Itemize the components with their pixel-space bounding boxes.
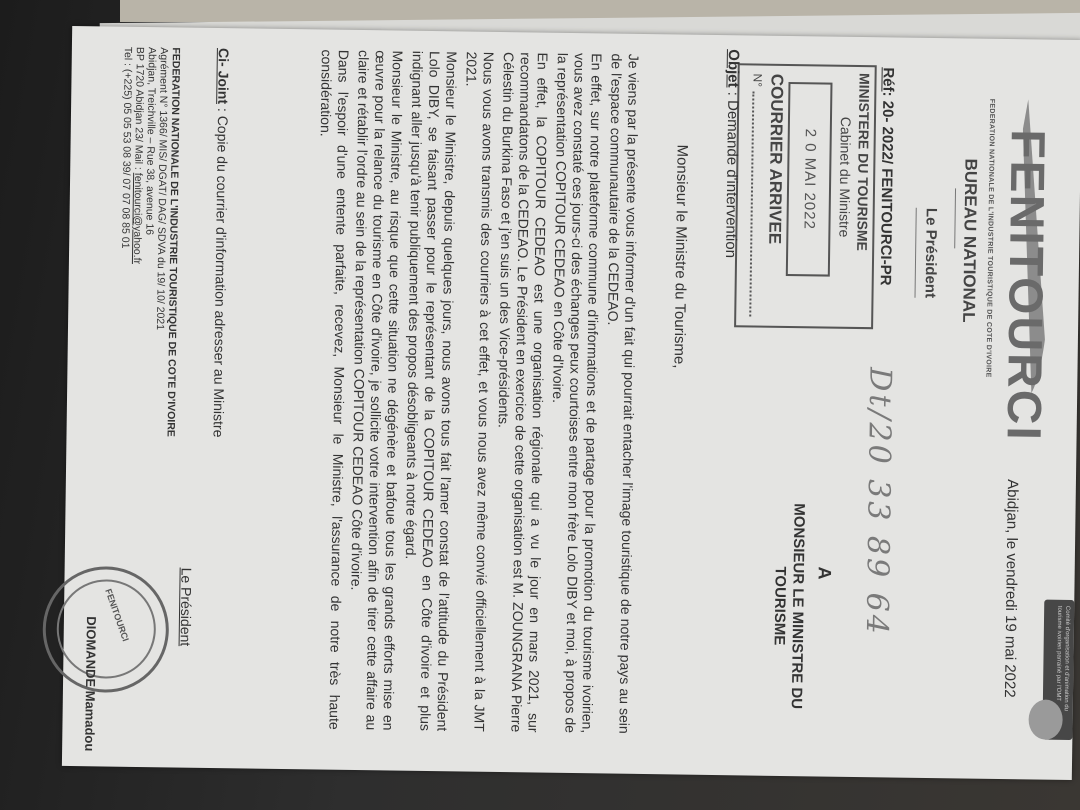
stamp-date: 2 0 MAI 2022 bbox=[786, 82, 833, 277]
subject-value: : Demande d'intervention bbox=[722, 87, 741, 258]
footer-bp: BP 1720 Abidjan 23/ Mail : bbox=[132, 47, 146, 173]
enclosure-value: : Copie du courrier d'information adress… bbox=[210, 104, 231, 438]
stamp-title: COURRIER ARRIVEE bbox=[764, 74, 786, 245]
document-photo: FENITOURCI FEDERATION NATIONALE DE L'IND… bbox=[52, 8, 1080, 798]
paragraph: Je viens par la présente vous informer d… bbox=[598, 53, 641, 733]
addressee-block: MONSIEUR LE MINISTRE DU TOURISME bbox=[768, 476, 808, 736]
salutation: Monsieur le Ministre du Tourisme, bbox=[670, 144, 690, 368]
footer-address: FEDERATION NATIONALE DE L'INDUSTRIE TOUR… bbox=[116, 47, 181, 437]
reference-label: Réf bbox=[879, 67, 896, 91]
federation-name-small: FEDERATION NATIONALE DE L'INDUSTRIE TOUR… bbox=[984, 99, 995, 378]
stamp-cabinet: Cabinet du Ministre bbox=[836, 117, 854, 238]
paragraph: Nous vous avons transmis des courriers à… bbox=[453, 51, 496, 731]
handwritten-registration-number: Dt/20 33 89 64 bbox=[859, 367, 898, 637]
stamp-number-dots bbox=[749, 91, 754, 316]
bureau-national-heading: BUREAU NATIONAL bbox=[958, 158, 980, 322]
paragraph: Dans l'espoir d'une entente parfaite, re… bbox=[308, 49, 351, 729]
stamp-number-label: N° bbox=[750, 73, 764, 87]
subject-line: Objet : Demande d'intervention bbox=[722, 49, 742, 258]
signature-title: Le Président bbox=[178, 568, 195, 647]
enclosure-line: Ci- Joint : Copie du courrier d'informat… bbox=[210, 48, 231, 438]
footer-email-link[interactable]: fenitourci@yahoo.fr bbox=[131, 173, 144, 264]
date-line: Abidjan, le vendredi 19 mai 2022 bbox=[1001, 479, 1021, 698]
fenitourci-logo: FENITOURCI bbox=[995, 99, 1059, 410]
paragraph: En effet, la COPITOUR CEDEAO est une org… bbox=[490, 52, 550, 733]
official-seal: FENITOURCI bbox=[42, 566, 170, 694]
divider bbox=[915, 208, 917, 298]
enclosure-label: Ci- Joint bbox=[215, 48, 232, 104]
subject-label: Objet bbox=[724, 49, 742, 88]
logo-text: FENITOURCI bbox=[996, 129, 1055, 442]
letter-page: FENITOURCI FEDERATION NATIONALE DE L'IND… bbox=[62, 26, 1080, 780]
reception-stamp: MINISTERE DU TOURISME Cabinet du Ministr… bbox=[734, 63, 877, 329]
stamp-ministry: MINISTERE DU TOURISME bbox=[854, 73, 872, 251]
reference-line: Réf: 20- 2022/ FENITOURCI-PR bbox=[877, 67, 897, 285]
addressee-line1: MONSIEUR LE MINISTRE DU bbox=[786, 476, 808, 736]
signer-name: DIOMANDE Mamadou bbox=[82, 616, 99, 751]
paragraph: Monsieur le Ministre, au risque que cett… bbox=[345, 50, 405, 731]
president-heading: Le Président bbox=[922, 208, 940, 298]
divider bbox=[954, 188, 956, 248]
addressee-a: A bbox=[814, 566, 835, 579]
paragraph: Monsieur le Ministre, depuis quelques jo… bbox=[399, 51, 459, 732]
letter-body: Je viens par la présente vous informer d… bbox=[305, 49, 641, 733]
paragraph: En effet, sur notre plateforme commune d… bbox=[544, 53, 604, 734]
reference-value: : 20- 2022/ FENITOURCI-PR bbox=[877, 91, 897, 285]
